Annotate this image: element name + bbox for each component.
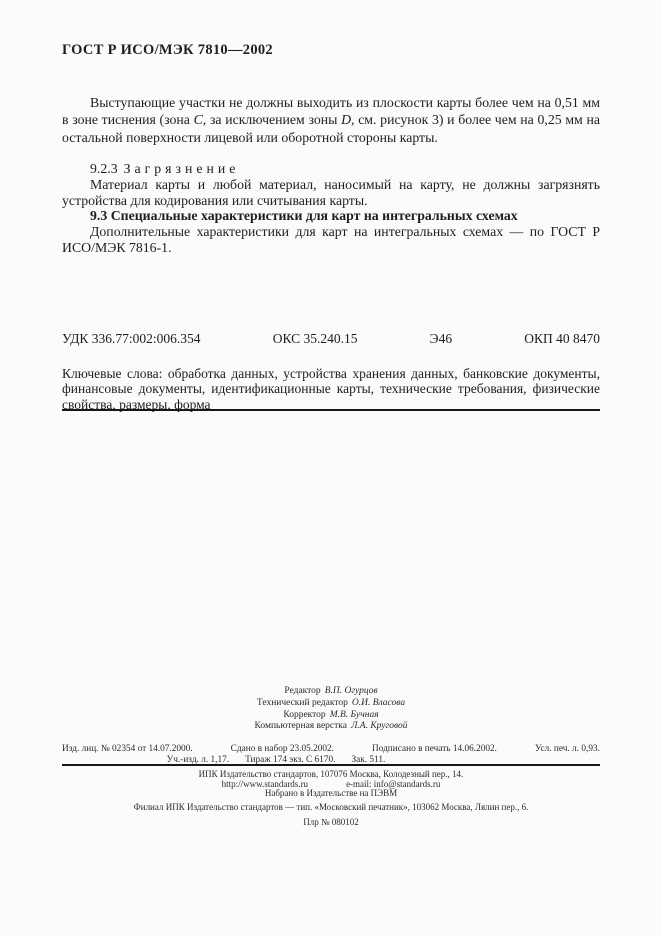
section-number: 9.2.3: [90, 161, 118, 176]
credit-role: Редактор: [284, 686, 320, 696]
credit-role: Корректор: [283, 710, 325, 720]
credits-block: РедакторВ.П. Огурцов Технический редакто…: [62, 686, 600, 733]
udk-code: УДК 336.77:002:006.354: [62, 331, 201, 347]
credit-name: В.П. Огурцов: [325, 686, 378, 696]
credit-line-technical-editor: Технический редакторО.И. Власова: [62, 698, 600, 710]
paragraph-contamination: Материал карты и любой материал, наносим…: [62, 177, 600, 209]
zone-d-reference: D: [341, 112, 351, 127]
imprint-row-1: Изд. лиц. № 02354 от 14.07.2000. Сдано в…: [62, 744, 600, 754]
section-title-contamination: Загрязнение: [124, 161, 240, 176]
document-page: ГОСТ Р ИСО/МЭК 7810—2002 Выступающие уча…: [0, 0, 661, 936]
typeset-note: Набрано в Издательстве на ПЭВМ: [62, 789, 600, 798]
section-9-2-3-block: 9.2.3Загрязнение Материал карты и любой …: [62, 161, 600, 256]
print-date: Подписано в печать 14.06.2002.: [372, 744, 497, 754]
horizontal-rule-top: [62, 409, 600, 411]
classification-row: УДК 336.77:002:006.354 ОКС 35.240.15 Э46…: [62, 331, 600, 347]
oks-code: ОКС 35.240.15: [273, 331, 358, 347]
print-sheets: Усл. печ. л. 0,93.: [535, 744, 600, 754]
credit-name: Л.А. Круговой: [351, 721, 407, 731]
credit-line-layout: Компьютерная версткаЛ.А. Круговой: [62, 721, 600, 733]
credit-role: Компьютерная верстка: [255, 721, 347, 731]
publisher-address: ИПК Издательство стандартов, 107076 Моск…: [62, 770, 600, 779]
paragraph-text: , за исключением зоны: [203, 112, 341, 127]
keywords-paragraph: Ключевые слова: обработка данных, устрой…: [62, 366, 600, 413]
horizontal-rule-bottom: [62, 764, 600, 766]
publishing-license: Изд. лиц. № 02354 от 14.07.2000.: [62, 744, 193, 754]
credit-line-proofreader: КорректорМ.В. Бучная: [62, 710, 600, 722]
section-9-3-heading: 9.3 Специальные характеристики для карт …: [62, 208, 600, 224]
paragraph-ic-cards-line1: Дополнительные характеристики для карт н…: [62, 224, 600, 240]
credit-name: О.И. Власова: [352, 698, 405, 708]
typeset-date: Сдано в набор 23.05.2002.: [231, 744, 334, 754]
section-9-2-3-heading: 9.2.3Загрязнение: [62, 161, 600, 177]
publisher-block: ИПК Издательство стандартов, 107076 Моск…: [62, 770, 600, 828]
print-license-number: Плр № 080102: [62, 818, 600, 827]
credit-role: Технический редактор: [257, 698, 348, 708]
okp-code: ОКП 40 8470: [524, 331, 600, 347]
document-title: ГОСТ Р ИСО/МЭК 7810—2002: [62, 42, 600, 59]
e-index-code: Э46: [430, 331, 452, 347]
publisher-branch: Филиал ИПК Издательство стандартов — тип…: [62, 803, 600, 812]
zone-c-reference: C: [194, 112, 203, 127]
credit-name: М.В. Бучная: [330, 710, 379, 720]
paragraph-embossing: Выступающие участки не должны выходить и…: [62, 94, 600, 146]
paragraph-ic-cards-line2: ИСО/МЭК 7816-1.: [62, 240, 600, 256]
credit-line-editor: РедакторВ.П. Огурцов: [62, 686, 600, 698]
